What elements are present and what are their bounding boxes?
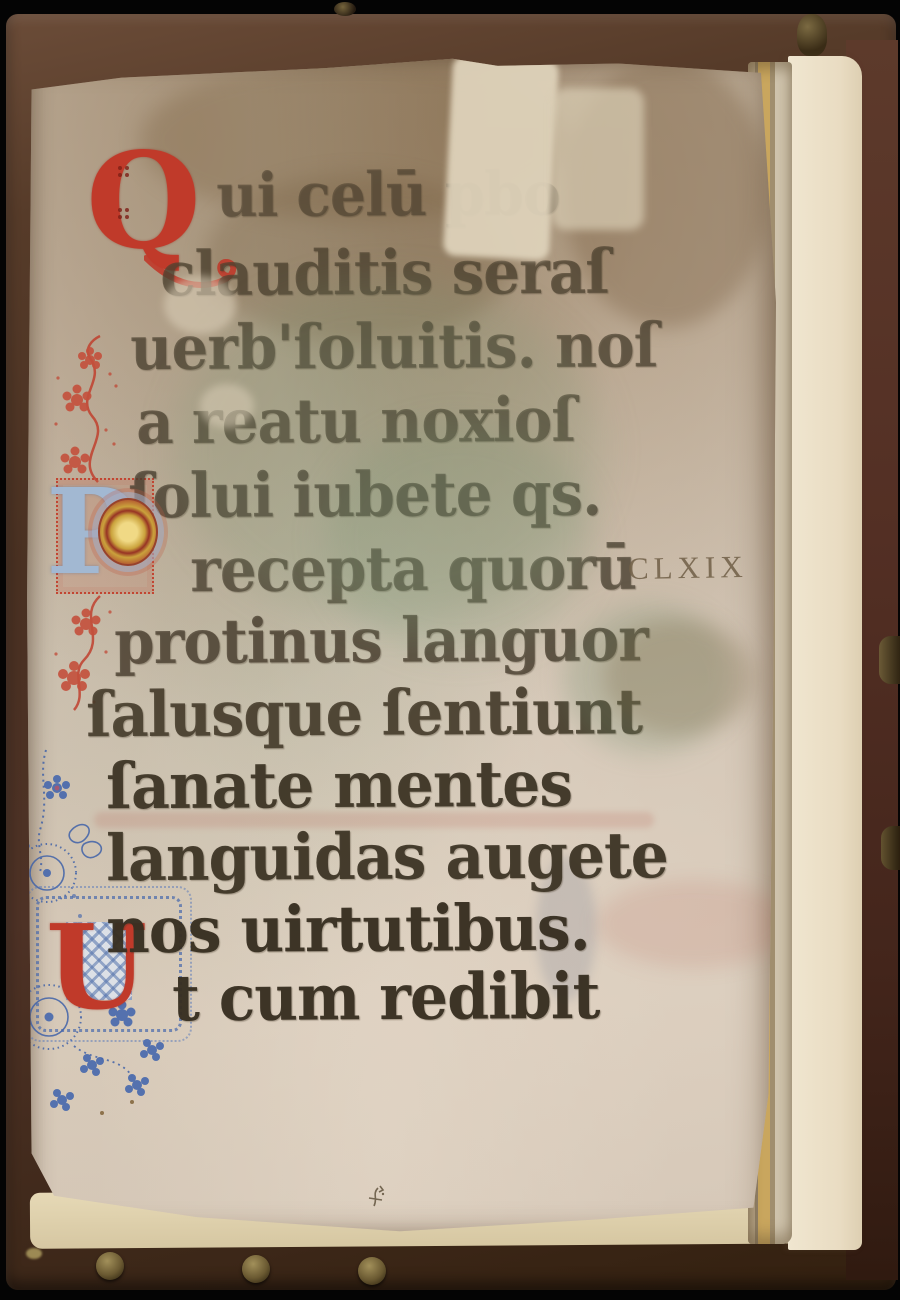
binding-knob-top-1 (334, 2, 356, 16)
script-line-6: recepta quorū (190, 532, 636, 607)
binding-stud-bottom-1 (96, 1252, 124, 1280)
script-line-12: t cum redibit (172, 960, 600, 1037)
manuscript-photo: Q P U ui celū pbo clauditis seraſ uerb'ſ… (0, 0, 900, 1300)
gold-medallion (98, 498, 158, 566)
folio-number: CLXIX (628, 549, 748, 587)
script-line-11: nos uirtutibus. (106, 891, 590, 968)
script-line-3: uerb'ſoluitis. noſ (130, 309, 658, 384)
script-line-2: clauditis seraſ (160, 236, 609, 311)
script-line-7: protinus languor (114, 603, 648, 678)
script-line-10: languidas augete (106, 819, 668, 896)
flyleaf-page (788, 56, 862, 1250)
repair-patch-side (552, 88, 644, 230)
binding-stud-glint (26, 1248, 42, 1259)
script-line-9: ſanate mentes (106, 747, 572, 824)
binding-knob-top-2 (797, 14, 827, 56)
binding-knob-right-2 (881, 826, 900, 870)
script-line-4: a reatu noxioſ (136, 384, 575, 459)
script-line-1: ui celū pbo (216, 158, 560, 231)
binding-knob-right-1 (879, 636, 900, 684)
script-line-8: ſalusque ſentiunt (86, 675, 642, 751)
ink-doodle (366, 1180, 394, 1212)
binding-stud-bottom-3 (358, 1257, 386, 1285)
binding-stud-bottom-2 (242, 1255, 270, 1283)
script-line-5: ſolui iubete qs. (128, 457, 601, 532)
parchment-page: Q P U ui celū pbo clauditis seraſ uerb'ſ… (24, 54, 776, 1236)
initial-q-dots (112, 162, 136, 232)
